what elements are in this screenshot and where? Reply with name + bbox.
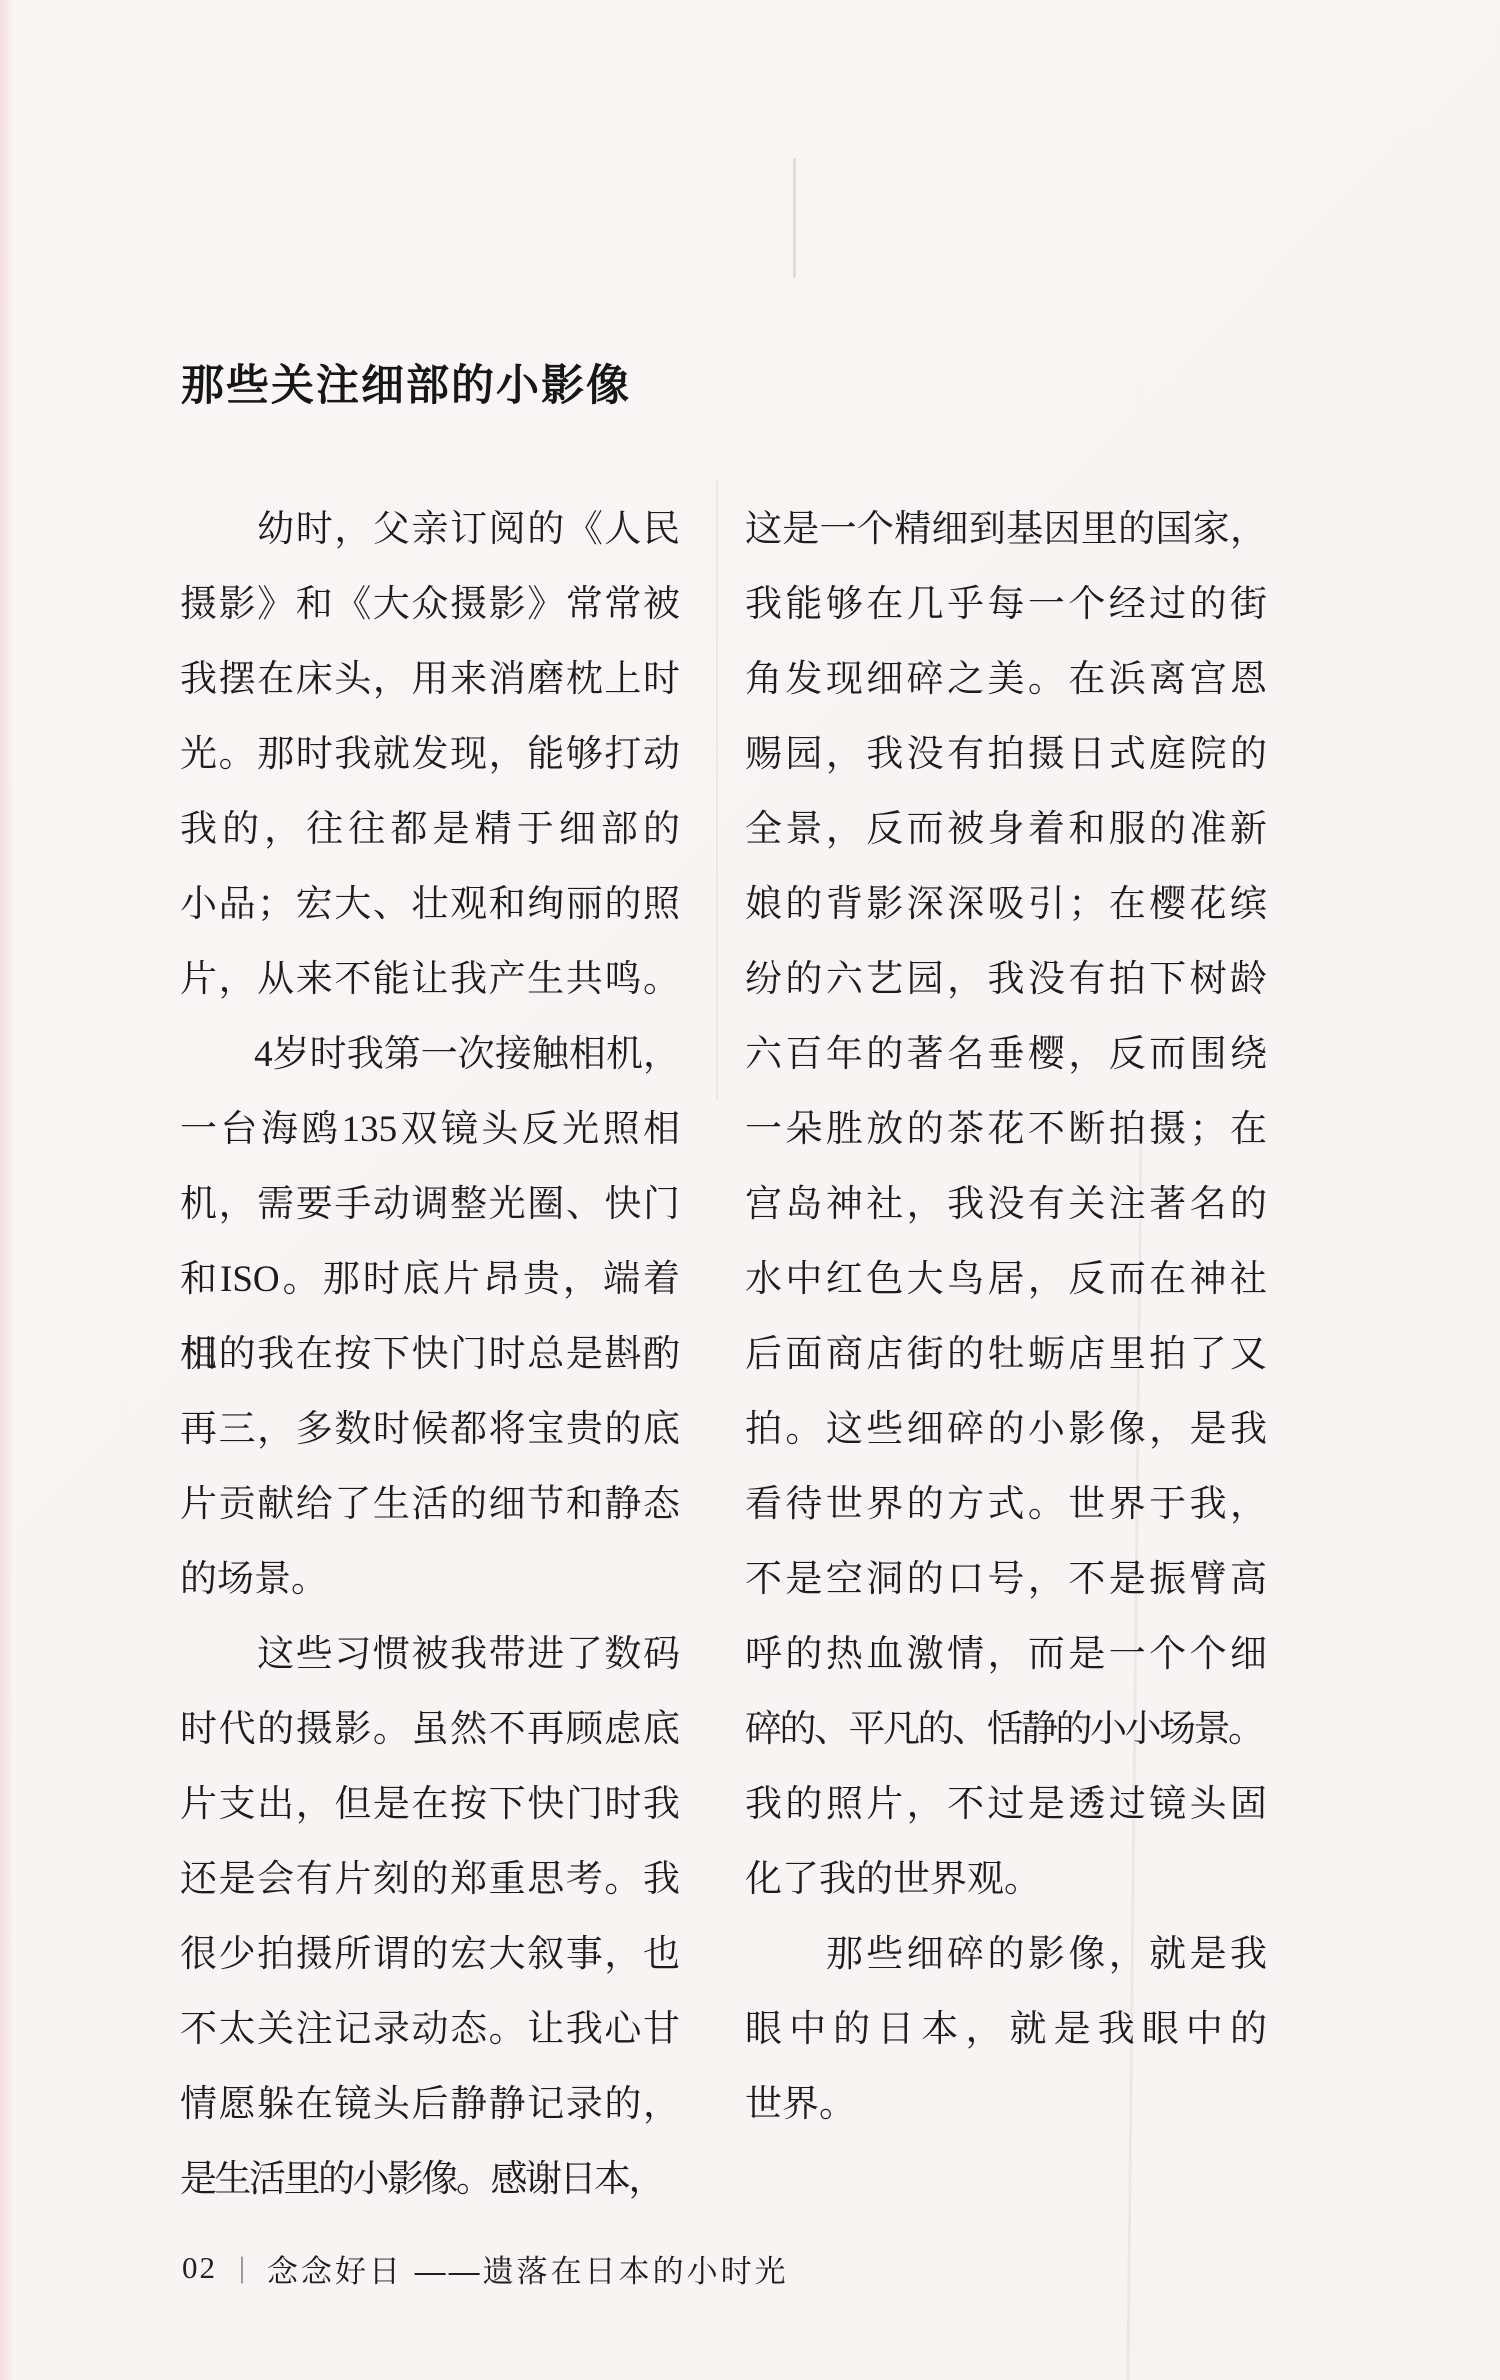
text-line: 时代的摄影。虽然不再顾虑底	[180, 1692, 680, 1767]
text-line: 水中红色大鸟居，反而在神社	[745, 1242, 1267, 1317]
text-line: 片贡献给了生活的细节和静态	[180, 1467, 680, 1542]
text-line: 这是一个精细到基因里的国家，	[745, 492, 1267, 567]
text-line: 那些细碎的影像，就是我	[745, 1917, 1267, 1992]
text-line: 机的我在按下快门时总是斟酌	[180, 1317, 680, 1392]
right-column: 这是一个精细到基因里的国家， 我能够在几乎每一个经过的街 角发现细碎之美。在浜离…	[745, 492, 1267, 2142]
text-line: 片，从来不能让我产生共鸣。	[180, 942, 680, 1017]
text-line: 看待世界的方式。世界于我，	[745, 1467, 1267, 1542]
text-line: 一台海鸥135双镜头反光照相	[180, 1092, 680, 1167]
page-footer: 02 | 念念好日 ——遗落在日本的小时光	[182, 2246, 789, 2290]
text-line: 六百年的著名垂樱，反而围绕	[745, 1017, 1267, 1092]
text-line: 拍。这些细碎的小影像，是我	[745, 1392, 1267, 1467]
text-line: 这些习惯被我带进了数码	[180, 1617, 680, 1692]
text-line: 角发现细碎之美。在浜离宫恩	[745, 642, 1267, 717]
text-line: 不太关注记录动态。让我心甘	[180, 1992, 680, 2067]
text-line: 呼的热血激情，而是一个个细	[745, 1617, 1267, 1692]
book-page: 那些关注细部的小影像 幼时，父亲订阅的《人民 摄影》和《大众摄影》常常被 我摆在…	[0, 0, 1500, 2380]
text-line: 幼时，父亲订阅的《人民	[180, 492, 680, 567]
left-column: 幼时，父亲订阅的《人民 摄影》和《大众摄影》常常被 我摆在床头，用来消磨枕上时 …	[180, 492, 680, 2217]
page-number: 02	[182, 2250, 217, 2286]
text-line: 很少拍摄所谓的宏大叙事，也	[180, 1917, 680, 1992]
scan-crease-top	[793, 158, 796, 278]
page-title: 那些关注细部的小影像	[181, 352, 631, 413]
text-line: 我的，往往都是精于细部的	[180, 792, 680, 867]
text-line: 化了我的世界观。	[745, 1842, 1267, 1917]
text-line: 我摆在床头，用来消磨枕上时	[180, 642, 680, 717]
text-line: 的场景。	[180, 1542, 680, 1617]
text-line: 和ISO。那时底片昂贵，端着相	[180, 1242, 680, 1317]
scan-crease-gutter	[716, 480, 718, 1100]
text-line: 是生活里的小影像。感谢日本，	[180, 2142, 680, 2217]
text-line: 再三，多数时候都将宝贵的底	[180, 1392, 680, 1467]
footer-separator: |	[240, 2251, 244, 2285]
text-line: 机，需要手动调整光圈、快门	[180, 1167, 680, 1242]
text-line: 我能够在几乎每一个经过的街	[745, 567, 1267, 642]
text-line: 不是空洞的口号，不是振臂高	[745, 1542, 1267, 1617]
text-line: 小品；宏大、壮观和绚丽的照	[180, 867, 680, 942]
text-line: 碎的、平凡的、恬静的小小场景。	[745, 1692, 1267, 1767]
text-line: 娘的背影深深吸引；在樱花缤	[745, 867, 1267, 942]
text-line: 纷的六艺园，我没有拍下树龄	[745, 942, 1267, 1017]
text-line: 4岁时我第一次接触相机，	[180, 1017, 680, 1092]
text-line: 光。那时我就发现，能够打动	[180, 717, 680, 792]
text-line: 我的照片，不过是透过镜头固	[745, 1767, 1267, 1842]
text-line: 片支出，但是在按下快门时我	[180, 1767, 680, 1842]
text-line: 摄影》和《大众摄影》常常被	[180, 567, 680, 642]
text-line: 赐园，我没有拍摄日式庭院的	[745, 717, 1267, 792]
text-line: 一朵胜放的茶花不断拍摄；在	[745, 1092, 1267, 1167]
text-line: 全景，反而被身着和服的准新	[745, 792, 1267, 867]
text-line: 世界。	[745, 2067, 1267, 2142]
text-line: 后面商店街的牡蛎店里拍了又	[745, 1317, 1267, 1392]
scan-edge-tint	[0, 0, 14, 2380]
text-line: 还是会有片刻的郑重思考。我	[180, 1842, 680, 1917]
book-title: 念念好日 ——遗落在日本的小时光	[267, 2246, 789, 2291]
text-line: 眼中的日本，就是我眼中的	[745, 1992, 1267, 2067]
text-line: 情愿躲在镜头后静静记录的，	[180, 2067, 680, 2142]
text-line: 宫岛神社，我没有关注著名的	[745, 1167, 1267, 1242]
